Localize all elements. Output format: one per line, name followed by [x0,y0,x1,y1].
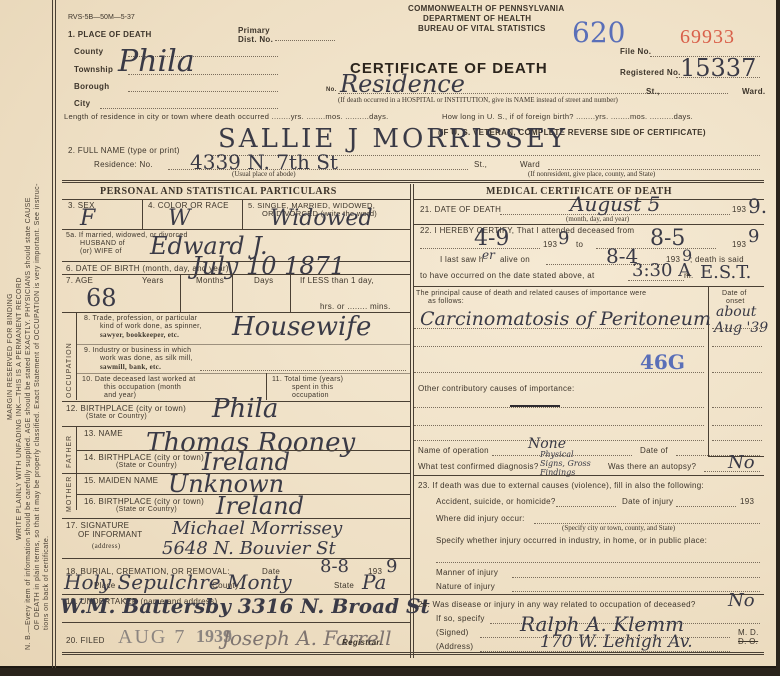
attended-from-year-value: 9 [558,228,569,249]
filed-label: 20. FILED [66,636,105,645]
header-department: DEPARTMENT OF HEALTH [423,14,531,23]
margin-rule [52,0,53,668]
autopsy-label: Was there an autopsy? [608,462,696,471]
injury-date-label: Date of injury [622,497,673,506]
burial-state-label: State [334,581,354,590]
occupation-value: Housewife [232,312,371,342]
section-rule [62,180,764,183]
usual-abode-note: (Usual place of abode) [232,170,296,178]
place-of-death-label: 1. PLACE OF DEATH [68,30,152,39]
informant-address-label: (address) [92,542,120,550]
spouse-label-2: HUSBAND of [80,240,125,247]
residence-ward-label: Ward [520,160,540,169]
city-value: Phila [118,44,195,79]
spouse-label-3: (or) WIFE of [80,248,122,255]
where-hint: (Specify city or town, county, and State… [562,524,675,532]
margin-line: N. B.—Every item of information should b… [24,183,33,650]
date-of-death-label: 21. DATE OF DEATH [420,205,501,214]
specify-injury-label: Specify whether injury occurred in indus… [436,536,707,545]
form-code: RVS-5B—50M—5-37 [68,14,135,21]
occupation-related-value: No [728,590,755,611]
test-label: What test confirmed diagnosis? [418,462,539,471]
residence-label: Residence: No. [94,160,153,169]
primary-dist-label: Primary Dist. No. [238,26,288,44]
timezone-value: E.S.T. [700,262,751,283]
to-label: to [576,240,583,249]
header-bureau: BUREAU OF VITAL STATISTICS [418,24,546,33]
personal-section-title: PERSONAL AND STATISTICAL PARTICULARS [100,186,337,197]
borough-label: Borough [74,82,109,91]
residence-st-label: St., [474,160,487,169]
total-time-label-2: spent in this [292,384,333,391]
physician-address-value: 170 W. Lehigh Av. [540,632,693,652]
last-worked-label-2: this occupation (month [104,384,181,391]
date-of-death-value: August 5 [570,192,660,216]
full-name-label: 2. FULL NAME (type or print) [68,146,180,155]
margin-line: WRITE PLAINLY WITH UNFADING INK—THIS IS … [15,183,24,650]
sex-value: F [80,206,95,231]
cause-of-death-value: Carcinomatosis of Peritoneum [420,308,711,330]
nonresident-note: (If nonresident, give place, county, and… [528,170,655,178]
date-of-death-year-value: 9. [748,194,767,218]
township-label: Township [74,65,113,74]
m-label: m. [684,271,694,280]
birthplace-label-2: (State or Country) [86,413,147,420]
registered-no-label: Registered No. [620,68,681,77]
trade-label: 8. Trade, profession, or particular [84,315,197,322]
attended-to-value: 8-5 [650,226,685,251]
father-name-label: 13. NAME [84,429,123,438]
filed-stamp-date: AUG 7 [118,626,186,649]
hospital-note: (If death occurred in a HOSPITAL or INST… [338,96,618,104]
margin-instructions: MARGIN RESERVED FOR BINDING WRITE PLAINL… [6,183,51,650]
birthplace-value: Phila [212,394,278,424]
last-worked-label: 10. Date deceased last worked at [82,376,196,383]
autopsy-value: No [728,452,755,473]
onset-label: Date of [722,290,747,297]
mother-birthplace-label: 16. BIRTHPLACE (city or town) [84,497,204,506]
county-label: County [74,47,103,56]
informant-signature: Michael Morrissey [172,518,342,539]
where-injury-label: Where did injury occur: [436,514,525,523]
death-certificate: MARGIN RESERVED FOR BINDING WRITE PLAINL… [0,0,776,668]
st-label: St., [646,87,660,96]
alive-on-label: alive on [500,255,530,264]
mother-birthplace-label-2: (State or Country) [116,506,177,513]
place-no-value: Residence [340,70,465,98]
md-label: M. D. [738,628,759,637]
operation-date-label: Date of [640,446,668,455]
certify-label: 22. I HEREBY CERTIFY, That I attended de… [420,226,634,235]
undertaker-value: W.M. Battersby 3316 N. Broad St [60,594,430,618]
attended-from-year-label: 193 [543,240,557,249]
ward-label: Ward. [742,87,765,96]
manner-label: Manner of injury [436,568,498,577]
mother-birthplace-value: Ireland [216,492,304,520]
date-of-death-year-label: 193 [732,205,746,214]
external-causes-label: 23. If death was due to external causes … [418,481,704,490]
date-hint: (month, day, and year) [566,215,629,223]
margin-line: OF DEATH in plain terms, so that it may … [33,183,42,650]
occupation-related-label: 24. Was disease or injury in any way rel… [418,600,696,609]
burial-date-value: 8-8 [320,556,349,577]
city-label: City [74,99,90,108]
hrs-mins-label: hrs. or ........ mins. [320,302,391,311]
attended-to-year-value: 9 [748,226,759,247]
length-of-residence: Length of residence in city or town wher… [64,112,389,121]
physician-address-label: (Address) [436,642,473,651]
margin-line: MARGIN RESERVED FOR BINDING [6,183,15,650]
stamped-certificate-number: 69933 [680,26,735,49]
time-of-death-value: 3:30 A [632,260,691,281]
trade-label-2: kind of work done, as spinner, [100,323,202,330]
last-worked-label-3: and year) [104,392,136,399]
total-time-label: 11. Total time (years) [272,376,343,383]
operation-label: Name of operation [418,446,489,455]
marital-value: Widowed [270,206,373,231]
occurred-label: to have occurred on the date stated abov… [420,271,595,280]
months-label: Months [196,276,224,285]
registrar-label: Registrar. [342,638,382,647]
informant-address: 5648 N. Bouvier St [162,538,336,559]
file-no-label: File No. [620,47,651,56]
industry-label: 9. Industry or business in which [84,347,191,354]
nature-label: Nature of injury [436,582,495,591]
less-than-day-label: If LESS than 1 day, [300,276,374,285]
test-value: Physical Signs, Gross Findings [540,450,600,477]
bottom-rule [62,652,764,655]
mother-vertical-label: MOTHER [66,476,73,512]
handwritten-file-number: 620 [572,16,625,49]
onset-value: about [716,304,756,320]
burial-year-value: 9 [386,556,397,577]
days-label: Days [254,276,273,285]
industry-label-3: sawmill, bank, etc. [100,363,161,371]
injury-year-label: 193 [740,497,754,506]
signed-label: (Signed) [436,628,469,637]
burial-place-value: Holy Sepulchre Monty [64,570,292,594]
if-so-label: If so, specify [436,614,485,623]
cause-label: The principal cause of death and related… [416,290,646,297]
industry-label-2: work was done, as silk mill, [100,355,193,362]
burial-state-value: Pa [362,570,386,594]
accident-label: Accident, suicide, or homicide? [436,497,556,506]
birthplace-label: 12. BIRTHPLACE (city or town) [66,404,186,413]
trade-label-3: sawyer, bookkeeper, etc. [100,331,179,339]
cause-label-2: as follows: [428,298,464,305]
margin-line: tions on back of certificate. [42,183,51,650]
race-value: W [168,206,191,231]
last-saw-pronoun: er [482,248,495,262]
registered-no-value: 15337 [680,54,756,82]
father-birthplace-label-2: (State or Country) [116,462,177,469]
header-commonwealth: COMMONWEALTH OF PENNSYLVANIA [408,4,564,13]
margin-rule [55,0,56,668]
years-label: Years [142,276,164,285]
no-label: No. [326,87,337,93]
father-vertical-label: FATHER [66,435,73,468]
last-saw-label: I last saw h [440,255,484,264]
mother-name-label: 15. MAIDEN NAME [84,476,158,485]
age-value: 68 [86,284,117,312]
total-time-label-3: occupation [292,392,329,399]
do-label: D. O. [738,637,758,646]
informant-label-2: OF INFORMANT [78,530,142,539]
informant-label: 17. SIGNATURE [66,521,129,530]
contributory-label: Other contributory causes of importance: [418,384,575,393]
foreign-birth-duration: How long in U. S., if of foreign birth? … [442,112,693,121]
attended-to-year-label: 193 [732,240,746,249]
father-birthplace-label: 14. BIRTHPLACE (city or town) [84,453,204,462]
column-divider [410,184,414,658]
occupation-vertical-label: OCCUPATION [66,342,73,398]
cause-code: 46G [640,350,685,374]
